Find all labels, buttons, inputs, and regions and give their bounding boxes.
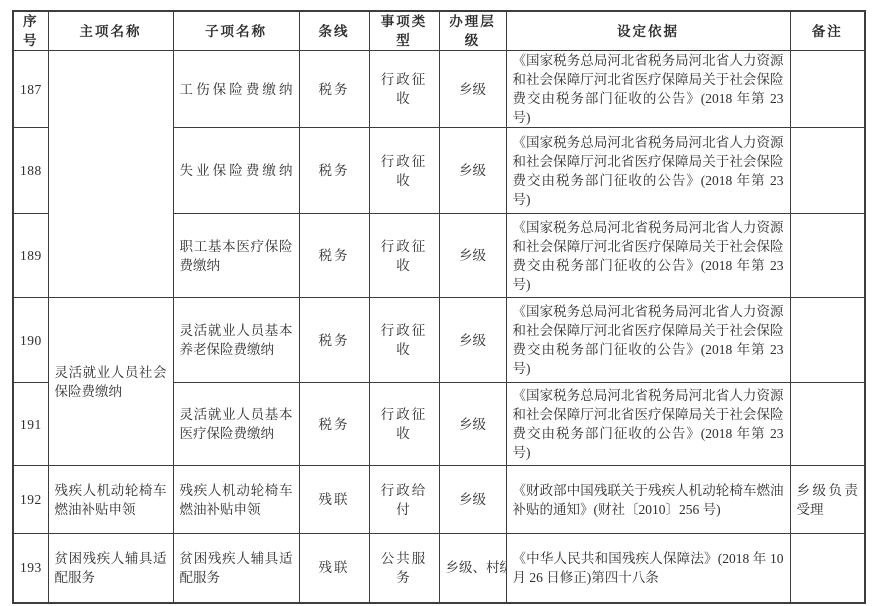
cell-item-type: 行政征收 [369,298,439,383]
cell-line: 残联 [299,534,369,603]
cell-line: 税务 [299,383,369,466]
cell-note: 乡级负责受理 [790,466,865,534]
cell-sub-item: 贫困残疾人辅具适配服务 [173,534,299,603]
cell-seq: 187 [13,51,48,128]
cell-note [790,534,865,603]
cell-item-type: 行政征收 [369,214,439,298]
cell-basis: 《国家税务总局河北省税务局河北省人力资源和社会保障厅河北省医疗保障局关于社会保险… [506,383,790,466]
cell-line: 税务 [299,298,369,383]
cell-sub-item: 工伤保险费缴纳 [173,51,299,128]
cell-seq: 189 [13,214,48,298]
table-row-193: 193 贫困残疾人辅具适配服务 贫困残疾人辅具适配服务 残联 公共服务 乡级、村… [13,534,865,603]
cell-basis: 《国家税务总局河北省税务局河北省人力资源和社会保障厅河北省医疗保障局关于社会保险… [506,298,790,383]
cell-seq: 192 [13,466,48,534]
cell-basis: 《国家税务总局河北省税务局河北省人力资源和社会保障厅河北省医疗保障局关于社会保险… [506,128,790,214]
cell-line: 税务 [299,128,369,214]
cell-line: 税务 [299,214,369,298]
cell-note [790,214,865,298]
cell-item-type: 行政征收 [369,128,439,214]
cell-main-item [48,51,173,298]
cell-item-type: 公共服务 [369,534,439,603]
col-header-sub: 子项名称 [173,11,299,51]
cell-basis: 《财政部中国残联关于残疾人机动轮椅车燃油补贴的通知》(财社〔2010〕256 号… [506,466,790,534]
table-row-190: 190 灵活就业人员社会保险费缴纳 灵活就业人员基本养老保险费缴纳 税务 行政征… [13,298,865,383]
cell-basis: 《国家税务总局河北省税务局河北省人力资源和社会保障厅河北省医疗保障局关于社会保险… [506,214,790,298]
cell-sub-item: 残疾人机动轮椅车燃油补贴申领 [173,466,299,534]
cell-level: 乡级 [439,466,506,534]
cell-note [790,51,865,128]
cell-seq: 193 [13,534,48,603]
cell-main-item: 贫困残疾人辅具适配服务 [48,534,173,603]
cell-level: 乡级 [439,128,506,214]
cell-seq: 191 [13,383,48,466]
cell-level: 乡级 [439,214,506,298]
col-header-basis: 设定依据 [506,11,790,51]
cell-note [790,383,865,466]
table-header-row: 序号 主项名称 子项名称 条线 事项类型 办理层级 设定依据 备注 [13,11,865,51]
cell-note [790,298,865,383]
cell-item-type: 行政征收 [369,383,439,466]
cell-main-item: 灵活就业人员社会保险费缴纳 [48,298,173,466]
col-header-line: 条线 [299,11,369,51]
cell-line: 残联 [299,466,369,534]
items-table: 序号 主项名称 子项名称 条线 事项类型 办理层级 设定依据 备注 187 工伤… [12,10,866,604]
col-header-main: 主项名称 [48,11,173,51]
col-header-note: 备注 [790,11,865,51]
table-row-187: 187 工伤保险费缴纳 税务 行政征收 乡级 《国家税务总局河北省税务局河北省人… [13,51,865,128]
col-header-type: 事项类型 [369,11,439,51]
col-header-level: 办理层级 [439,11,506,51]
cell-basis: 《中华人民共和国残疾人保障法》(2018 年 10 月 26 日修正)第四十八条 [506,534,790,603]
cell-main-item: 残疾人机动轮椅车燃油补贴申领 [48,466,173,534]
cell-item-type: 行政征收 [369,51,439,128]
col-header-seq: 序号 [13,11,48,51]
cell-level: 乡级 [439,298,506,383]
cell-sub-item: 灵活就业人员基本养老保险费缴纳 [173,298,299,383]
cell-level: 乡级、村级 [439,534,506,603]
cell-seq: 190 [13,298,48,383]
table-row-192: 192 残疾人机动轮椅车燃油补贴申领 残疾人机动轮椅车燃油补贴申领 残联 行政给… [13,466,865,534]
cell-note [790,128,865,214]
cell-line: 税务 [299,51,369,128]
cell-item-type: 行政给付 [369,466,439,534]
cell-level: 乡级 [439,383,506,466]
cell-level: 乡级 [439,51,506,128]
cell-sub-item: 失业保险费缴纳 [173,128,299,214]
cell-sub-item: 灵活就业人员基本医疗保险费缴纳 [173,383,299,466]
cell-seq: 188 [13,128,48,214]
cell-basis: 《国家税务总局河北省税务局河北省人力资源和社会保障厅河北省医疗保障局关于社会保险… [506,51,790,128]
cell-sub-item: 职工基本医疗保险费缴纳 [173,214,299,298]
